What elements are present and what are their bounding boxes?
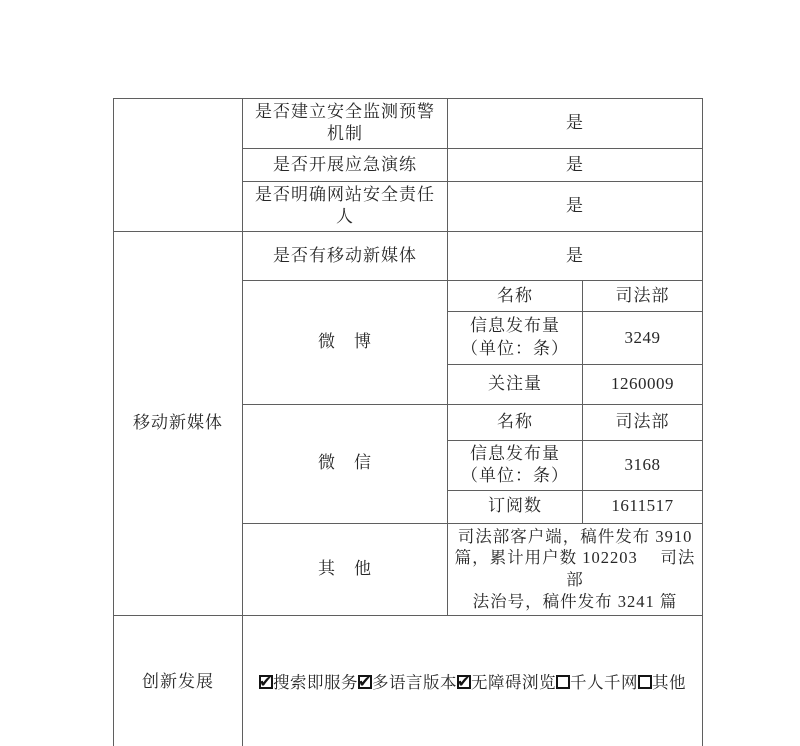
platform-label-other: 其 他 (243, 523, 448, 615)
metric-value-cell: 1260009 (583, 364, 703, 404)
document-page: { "colors": { "page_bg": "#ffffff", "tab… (0, 0, 800, 746)
metric-label-cell: 名称 (448, 404, 583, 440)
metric-label-cell: 名称 (448, 280, 583, 311)
question-label-cell: 是否开展应急演练 (243, 148, 448, 181)
answer-value-cell: 是 (448, 231, 703, 280)
checkbox-checked-icon (358, 675, 372, 689)
checkbox-option-label: 其他 (652, 673, 686, 692)
platform-label-weibo: 微 博 (243, 280, 448, 404)
checkbox-option-search-as-service: 搜索即服务 (259, 672, 358, 694)
checkbox-option-label: 无障碍浏览 (471, 673, 556, 692)
checkbox-option-label: 搜索即服务 (273, 673, 358, 692)
metric-label-cell: 信息发布量 （单位：条） (448, 440, 583, 490)
question-label-cell: 是否明确网站安全责任人 (243, 181, 448, 231)
section-label-mobile-media: 移动新媒体 (114, 231, 243, 615)
metric-label-cell: 订阅数 (448, 490, 583, 523)
metric-value-cell: 司法部 (583, 404, 703, 440)
metric-value-cell: 司法部 (583, 280, 703, 311)
metric-value-cell: 1611517 (583, 490, 703, 523)
answer-value-cell: 是 (448, 99, 703, 149)
other-platform-detail-cell: 司法部客户端，稿件发布 3910 篇，累计用户数 102203 司法部 法治号，… (448, 523, 703, 615)
metric-label-cell: 关注量 (448, 364, 583, 404)
checkbox-option-multilingual: 多语言版本 (358, 672, 457, 694)
answer-value-cell: 是 (448, 181, 703, 231)
checkbox-option-other: 其他 (638, 672, 686, 694)
platform-label-wechat: 微 信 (243, 404, 448, 523)
checkbox-checked-icon (457, 675, 471, 689)
checkbox-option-label: 千人千网 (570, 673, 638, 692)
metric-label-cell: 信息发布量 （单位：条） (448, 311, 583, 364)
answer-value-cell: 是 (448, 148, 703, 181)
metric-value-cell: 3249 (583, 311, 703, 364)
innovation-options-cell: 搜索即服务多语言版本无障碍浏览千人千网其他 (243, 615, 703, 746)
metric-value-cell: 3168 (583, 440, 703, 490)
question-label-cell: 是否有移动新媒体 (243, 231, 448, 280)
section-label-innovation: 创新发展 (114, 615, 243, 746)
checkbox-option-label: 多语言版本 (372, 673, 457, 692)
checkbox-checked-icon (259, 675, 273, 689)
question-label-cell: 是否建立安全监测预警 机制 (243, 99, 448, 149)
checkbox-option-accessibility: 无障碍浏览 (457, 672, 556, 694)
annual-report-table: 是否建立安全监测预警 机制 是 是否开展应急演练 是 是否明确网站安全责任人 是… (113, 98, 703, 746)
checkbox-option-personalized: 千人千网 (556, 672, 638, 694)
checkbox-unchecked-icon (556, 675, 570, 689)
checkbox-unchecked-icon (638, 675, 652, 689)
previous-section-label-cell (114, 99, 243, 232)
